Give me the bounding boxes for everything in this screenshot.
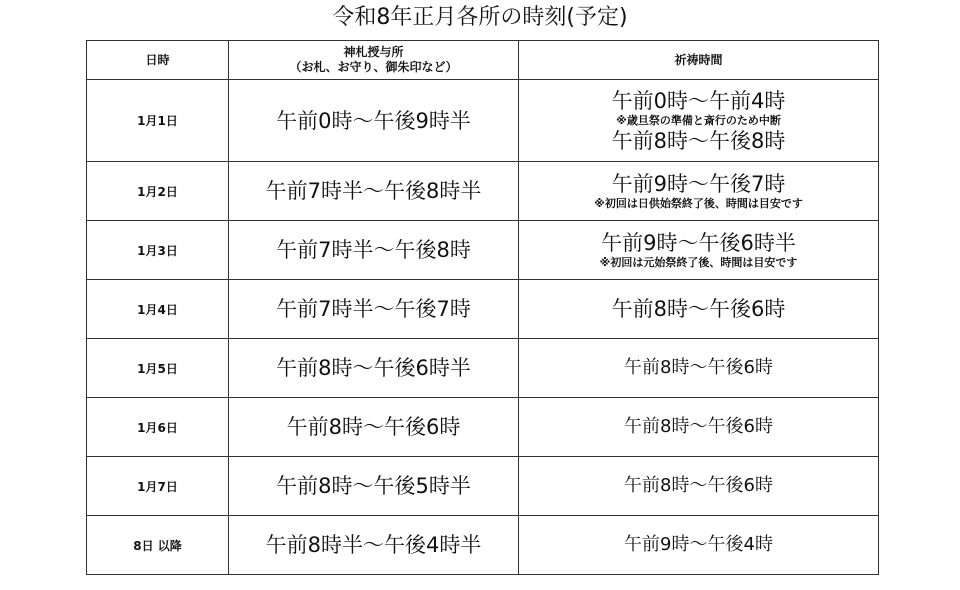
- header-prayer: 祈祷時間: [519, 41, 879, 80]
- date-cell: 1月3日: [87, 221, 229, 280]
- amulet-hours-cell: 午前8時半～午後4時半: [229, 516, 519, 575]
- amulet-hours-cell: 午前0時～午後9時半: [229, 80, 519, 162]
- table-row: 1月3日 午前7時半～午後8時 午前9時～午後6時半 ※初回は元始祭終了後、時間…: [87, 221, 879, 280]
- table-row: 1月4日 午前7時半～午後7時 午前8時～午後6時: [87, 280, 879, 339]
- page-title: 令和8年正月各所の時刻(予定): [0, 4, 960, 32]
- prayer-hours-cell: 午前0時～午前4時 ※歳旦祭の準備と斎行のため中断 午前8時～午後8時: [519, 80, 879, 162]
- table-row: 1月2日 午前7時半～午後8時半 午前9時～午後7時 ※初回は日供始祭終了後、時…: [87, 162, 879, 221]
- prayer-hours-cell: 午前8時～午後6時: [519, 398, 879, 457]
- prayer-hours-cell: 午前8時～午後6時: [519, 280, 879, 339]
- header-row: 日時 神札授与所 （お札、お守り、御朱印など） 祈祷時間: [87, 41, 879, 80]
- amulet-hours-cell: 午前8時～午後6時: [229, 398, 519, 457]
- amulet-hours-cell: 午前7時半～午後7時: [229, 280, 519, 339]
- header-amulet-office: 神札授与所 （お札、お守り、御朱印など）: [229, 41, 519, 80]
- header-date: 日時: [87, 41, 229, 80]
- prayer-hours: 午前9時～午後6時半: [519, 230, 878, 256]
- amulet-hours-cell: 午前8時～午後6時半: [229, 339, 519, 398]
- table-row: 1月5日 午前8時～午後6時半 午前8時～午後6時: [87, 339, 879, 398]
- header-amulet-line2: （お札、お守り、御朱印など）: [229, 60, 518, 75]
- prayer-hours: 午前0時～午前4時: [519, 88, 878, 114]
- table-row: 1月7日 午前8時～午後5時半 午前8時～午後6時: [87, 457, 879, 516]
- date-cell: 1月7日: [87, 457, 229, 516]
- prayer-hours-cell: 午前8時～午後6時: [519, 339, 879, 398]
- date-cell: 1月6日: [87, 398, 229, 457]
- date-cell: 1月5日: [87, 339, 229, 398]
- header-amulet-line1: 神札授与所: [229, 45, 518, 60]
- date-cell: 1月2日: [87, 162, 229, 221]
- prayer-note: ※歳旦祭の準備と斎行のため中断: [519, 114, 878, 128]
- prayer-hours-cell: 午前9時～午後7時 ※初回は日供始祭終了後、時間は目安です: [519, 162, 879, 221]
- amulet-hours-cell: 午前7時半～午後8時半: [229, 162, 519, 221]
- prayer-note: ※初回は元始祭終了後、時間は目安です: [519, 256, 878, 270]
- prayer-hours-2: 午前8時～午後8時: [519, 128, 878, 154]
- prayer-hours-cell: 午前9時～午後4時: [519, 516, 879, 575]
- table-row: 8日 以降 午前8時半～午後4時半 午前9時～午後4時: [87, 516, 879, 575]
- prayer-hours-cell: 午前9時～午後6時半 ※初回は元始祭終了後、時間は目安です: [519, 221, 879, 280]
- table-row: 1月6日 午前8時～午後6時 午前8時～午後6時: [87, 398, 879, 457]
- table-row: 1月1日 午前0時～午後9時半 午前0時～午前4時 ※歳旦祭の準備と斎行のため中…: [87, 80, 879, 162]
- schedule-table: 日時 神札授与所 （お札、お守り、御朱印など） 祈祷時間 1月1日 午前0時～午…: [86, 40, 879, 575]
- date-cell: 8日 以降: [87, 516, 229, 575]
- prayer-note: ※初回は日供始祭終了後、時間は目安です: [519, 197, 878, 211]
- prayer-hours-cell: 午前8時～午後6時: [519, 457, 879, 516]
- amulet-hours-cell: 午前8時～午後5時半: [229, 457, 519, 516]
- date-cell: 1月1日: [87, 80, 229, 162]
- amulet-hours-cell: 午前7時半～午後8時: [229, 221, 519, 280]
- prayer-hours: 午前9時～午後7時: [519, 171, 878, 197]
- date-cell: 1月4日: [87, 280, 229, 339]
